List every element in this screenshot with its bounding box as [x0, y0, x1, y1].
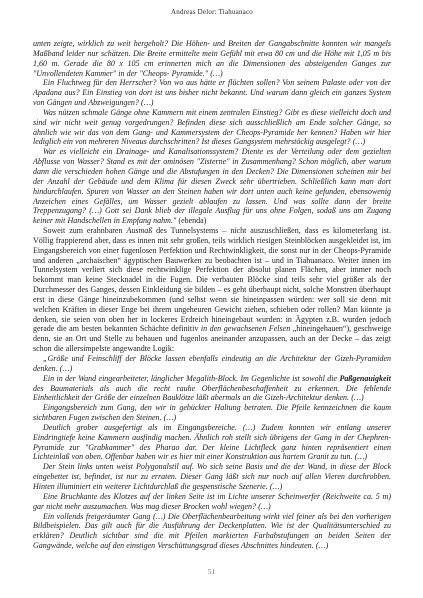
- text-run: Eine Bruchkante des Klotzes auf der link…: [33, 492, 391, 511]
- document-page: Andreas Delor: Tiahuanaco unten zeigte, …: [0, 0, 423, 598]
- paragraph: Ein Fluchtweg für den Herrscher? Von wo …: [33, 78, 391, 108]
- text-run: Ein vollends freigeräumter Gang (…) Die …: [33, 512, 391, 551]
- paragraph: Der Stein links unten weist Polygonalsti…: [33, 462, 391, 492]
- text-body: unten zeigte, wirklich zu weit hergeholt…: [33, 39, 391, 551]
- text-run: Eingangsbereich zum Gang, den wir in geb…: [33, 403, 391, 422]
- text-run: War es vielleicht ein Drainage- und Kana…: [33, 147, 391, 225]
- paragraph: Was nützen schmale Gänge ohne Kammern mi…: [33, 108, 391, 147]
- text-run: unten zeigte, wirklich zu weit hergeholt…: [33, 39, 391, 78]
- text-run: Deutlich grober ausgefertigt als im Eing…: [33, 423, 391, 462]
- text-run: Ausmaß: [126, 226, 152, 235]
- paragraph: Soweit zum erahnbaren Ausmaß des Tunnels…: [33, 226, 391, 354]
- paragraph: „Größe und Feinschliff der Blöcke lassen…: [33, 354, 391, 374]
- paragraph: Ein in der Wand eingearbeiteter, länglic…: [33, 374, 391, 404]
- text-run: Soweit zum erahnbaren: [43, 226, 126, 235]
- paragraph: Ein vollends freigeräumter Gang (…) Die …: [33, 512, 391, 551]
- running-header: Andreas Delor: Tiahuanaco: [33, 8, 391, 16]
- text-run: des Baumaterials als auch die recht rauh…: [33, 384, 391, 403]
- page-number: 51: [0, 568, 423, 576]
- text-run: Was nützen schmale Gänge ohne Kammern mi…: [33, 108, 391, 147]
- paragraph: War es vielleicht ein Drainage- und Kana…: [33, 147, 391, 226]
- text-run: Paßgenauigkeit: [339, 374, 391, 383]
- text-run: Der Stein links unten weist Polygonalsti…: [33, 462, 391, 491]
- text-run: „Größe und Feinschliff der Blöcke lassen…: [33, 354, 391, 373]
- paragraph: Deutlich grober ausgefertigt als im Eing…: [33, 423, 391, 462]
- paragraph: unten zeigte, wirklich zu weit hergeholt…: [33, 39, 391, 78]
- text-run: des Tunnelsystems – nicht auszuschließen…: [33, 226, 391, 333]
- text-run: Ein in der Wand eingearbeiteter, länglic…: [43, 374, 339, 383]
- text-run: in den gewachsenen Felsen: [201, 324, 290, 333]
- paragraph: Eingangsbereich zum Gang, den wir in geb…: [33, 403, 391, 423]
- text-run: Ein Fluchtweg für den Herrscher? Von wo …: [33, 78, 391, 107]
- paragraph: Eine Bruchkante des Klotzes auf der link…: [33, 492, 391, 512]
- text-run: (ebenda): [178, 216, 206, 225]
